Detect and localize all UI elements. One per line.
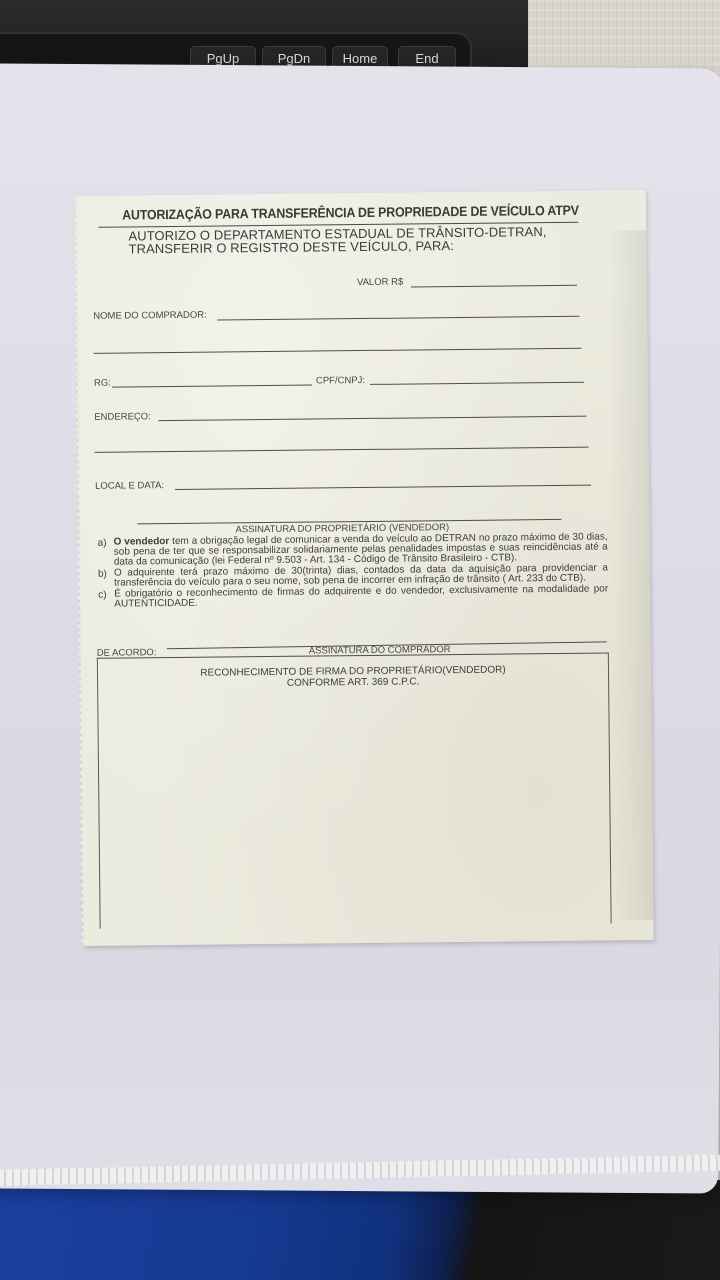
form-subtitle: AUTORIZO O DEPARTAMENTO ESTADUAL DE TRÂN… [128,225,588,256]
nome-comprador-label: NOME DO COMPRADOR: [93,310,207,322]
notary-recognition-box[interactable]: RECONHECIMENTO DE FIRMA DO PROPRIETÁRIO(… [97,652,612,928]
nome-comprador-field-line2[interactable] [94,348,582,354]
valor-field[interactable] [411,285,577,288]
notary-box-title: RECONHECIMENTO DE FIRMA DO PROPRIETÁRIO(… [98,663,608,690]
valor-label: VALOR R$ [357,277,403,288]
endereco-field-line2[interactable] [95,447,589,453]
subtitle-line: TRANSFERIR O REGISTRO DESTE VEÍCULO, PAR… [128,238,588,256]
endereco-field[interactable] [158,416,586,421]
note-marker: a) [98,539,107,549]
rg-field[interactable] [112,385,312,388]
note-marker: c) [98,591,106,601]
nome-comprador-field[interactable] [217,316,579,321]
atpv-form: AUTORIZAÇÃO PARA TRANSFERÊNCIA DE PROPRI… [76,190,654,946]
note-text: tem a obrigação legal de comunicar a ven… [114,531,608,567]
note-c: c) É obrigatório o reconhecimento de fir… [98,584,608,609]
note-text: É obrigatório o reconhecimento de firmas… [114,583,608,609]
legal-notes: a) O vendedor tem a obrigação legal de c… [98,532,609,610]
form-title: AUTORIZAÇÃO PARA TRANSFERÊNCIA DE PROPRI… [122,203,555,223]
blue-fabric [0,1180,720,1280]
local-data-field[interactable] [175,485,591,490]
local-data-label: LOCAL E DATA: [95,480,164,492]
rg-label: RG: [94,378,111,389]
endereco-label: ENDEREÇO: [94,411,151,423]
cpf-cnpj-field[interactable] [370,382,584,385]
note-marker: b) [98,570,107,580]
cpf-cnpj-label: CPF/CNPJ: [316,375,365,387]
